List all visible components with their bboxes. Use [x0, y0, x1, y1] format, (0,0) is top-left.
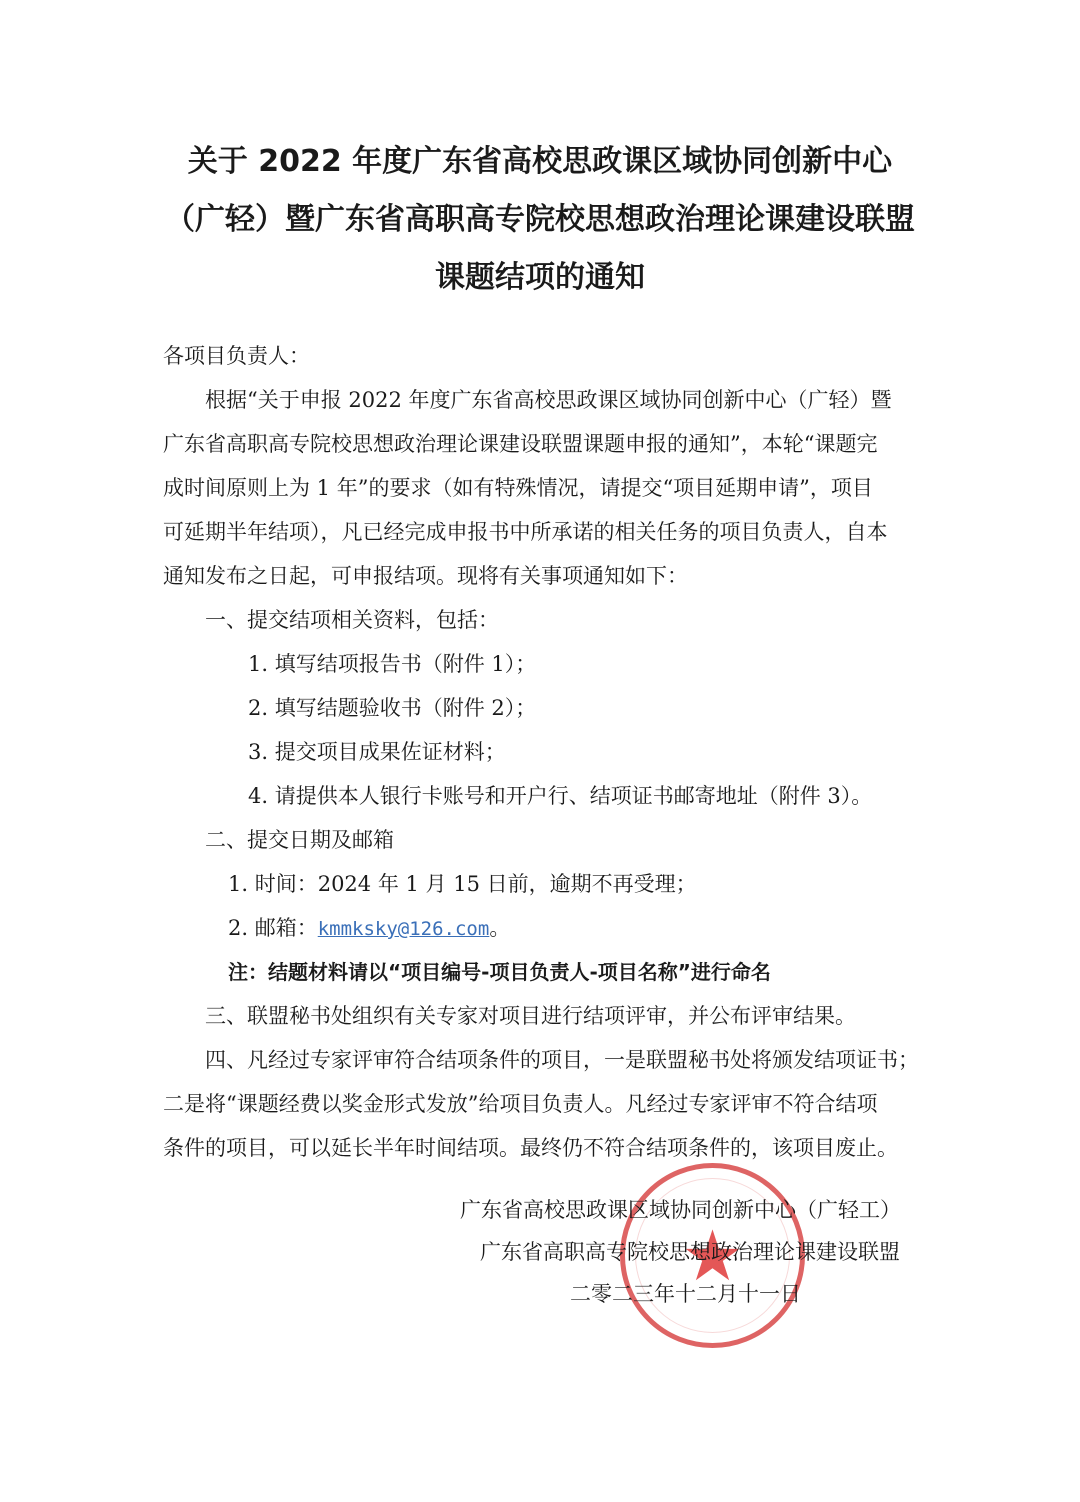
intro-line: 成时间原则上为 1 年”的要求（如有特殊情况，请提交“项目延期申请”，项目 — [163, 474, 873, 502]
section-1-item: 2. 填写结题验收书（附件 2）； — [248, 694, 536, 722]
section-1-item: 1. 填写结项报告书（附件 1）； — [248, 650, 536, 678]
naming-note: 注：结题材料请以“项目编号-项目负责人-项目名称”进行命名 — [228, 958, 771, 986]
section-4-line: 二是将“课题经费以奖金形式发放”给项目负责人。凡经过专家评审不符合结项 — [163, 1090, 877, 1118]
intro-line: 可延期半年结项），凡已经完成申报书中所承诺的相关任务的项目负责人，自本 — [163, 518, 888, 546]
intro-line: 通知发布之日起，可申报结项。现将有关事项通知如下： — [163, 562, 688, 590]
signature-date: 二零二三年十二月十一日 — [570, 1280, 801, 1308]
section-2-heading: 二、提交日期及邮箱 — [205, 826, 394, 854]
signature-org-2: 广东省高职高专院校思想政治理论课建设联盟 — [480, 1238, 900, 1266]
section-1-item: 4. 请提供本人银行卡账号和开户行、结项证书邮寄地址（附件 3）。 — [248, 782, 872, 810]
email-suffix: 。 — [489, 916, 510, 940]
section-1-item: 3. 提交项目成果佐证材料； — [248, 738, 506, 766]
section-2-time: 1. 时间：2024 年 1 月 15 日前，逾期不再受理； — [228, 870, 697, 898]
email-link[interactable]: kmmksky@126.com — [318, 918, 490, 940]
salutation: 各项目负责人： — [163, 342, 310, 370]
document-title-line-1: 关于 2022 年度广东省高校思政课区域协同创新中心 — [0, 136, 1080, 180]
document-title-line-2: （广轻）暨广东省高职高专院校思想政治理论课建设联盟 — [0, 194, 1080, 238]
section-2-email-row: 2. 邮箱：kmmksky@126.com。 — [228, 914, 510, 943]
email-label: 2. 邮箱： — [228, 916, 318, 940]
section-1-heading: 一、提交结项相关资料，包括： — [205, 606, 499, 634]
intro-line: 根据“关于申报 2022 年度广东省高校思政课区域协同创新中心（广轻）暨 — [205, 386, 892, 414]
signature-org-1: 广东省高校思政课区域协同创新中心（广轻工） — [460, 1196, 901, 1224]
section-4-line: 四、凡经过专家评审符合结项条件的项目，一是联盟秘书处将颁发结项证书； — [205, 1046, 919, 1074]
document-title-line-3: 课题结项的通知 — [0, 252, 1080, 296]
section-4-line: 条件的项目，可以延长半年时间结项。最终仍不符合结项条件的，该项目废止。 — [163, 1134, 898, 1162]
intro-line: 广东省高职高专院校思想政治理论课建设联盟课题申报的通知”，本轮“课题完 — [163, 430, 877, 458]
section-3-text: 三、联盟秘书处组织有关专家对项目进行结项评审，并公布评审结果。 — [205, 1002, 856, 1030]
